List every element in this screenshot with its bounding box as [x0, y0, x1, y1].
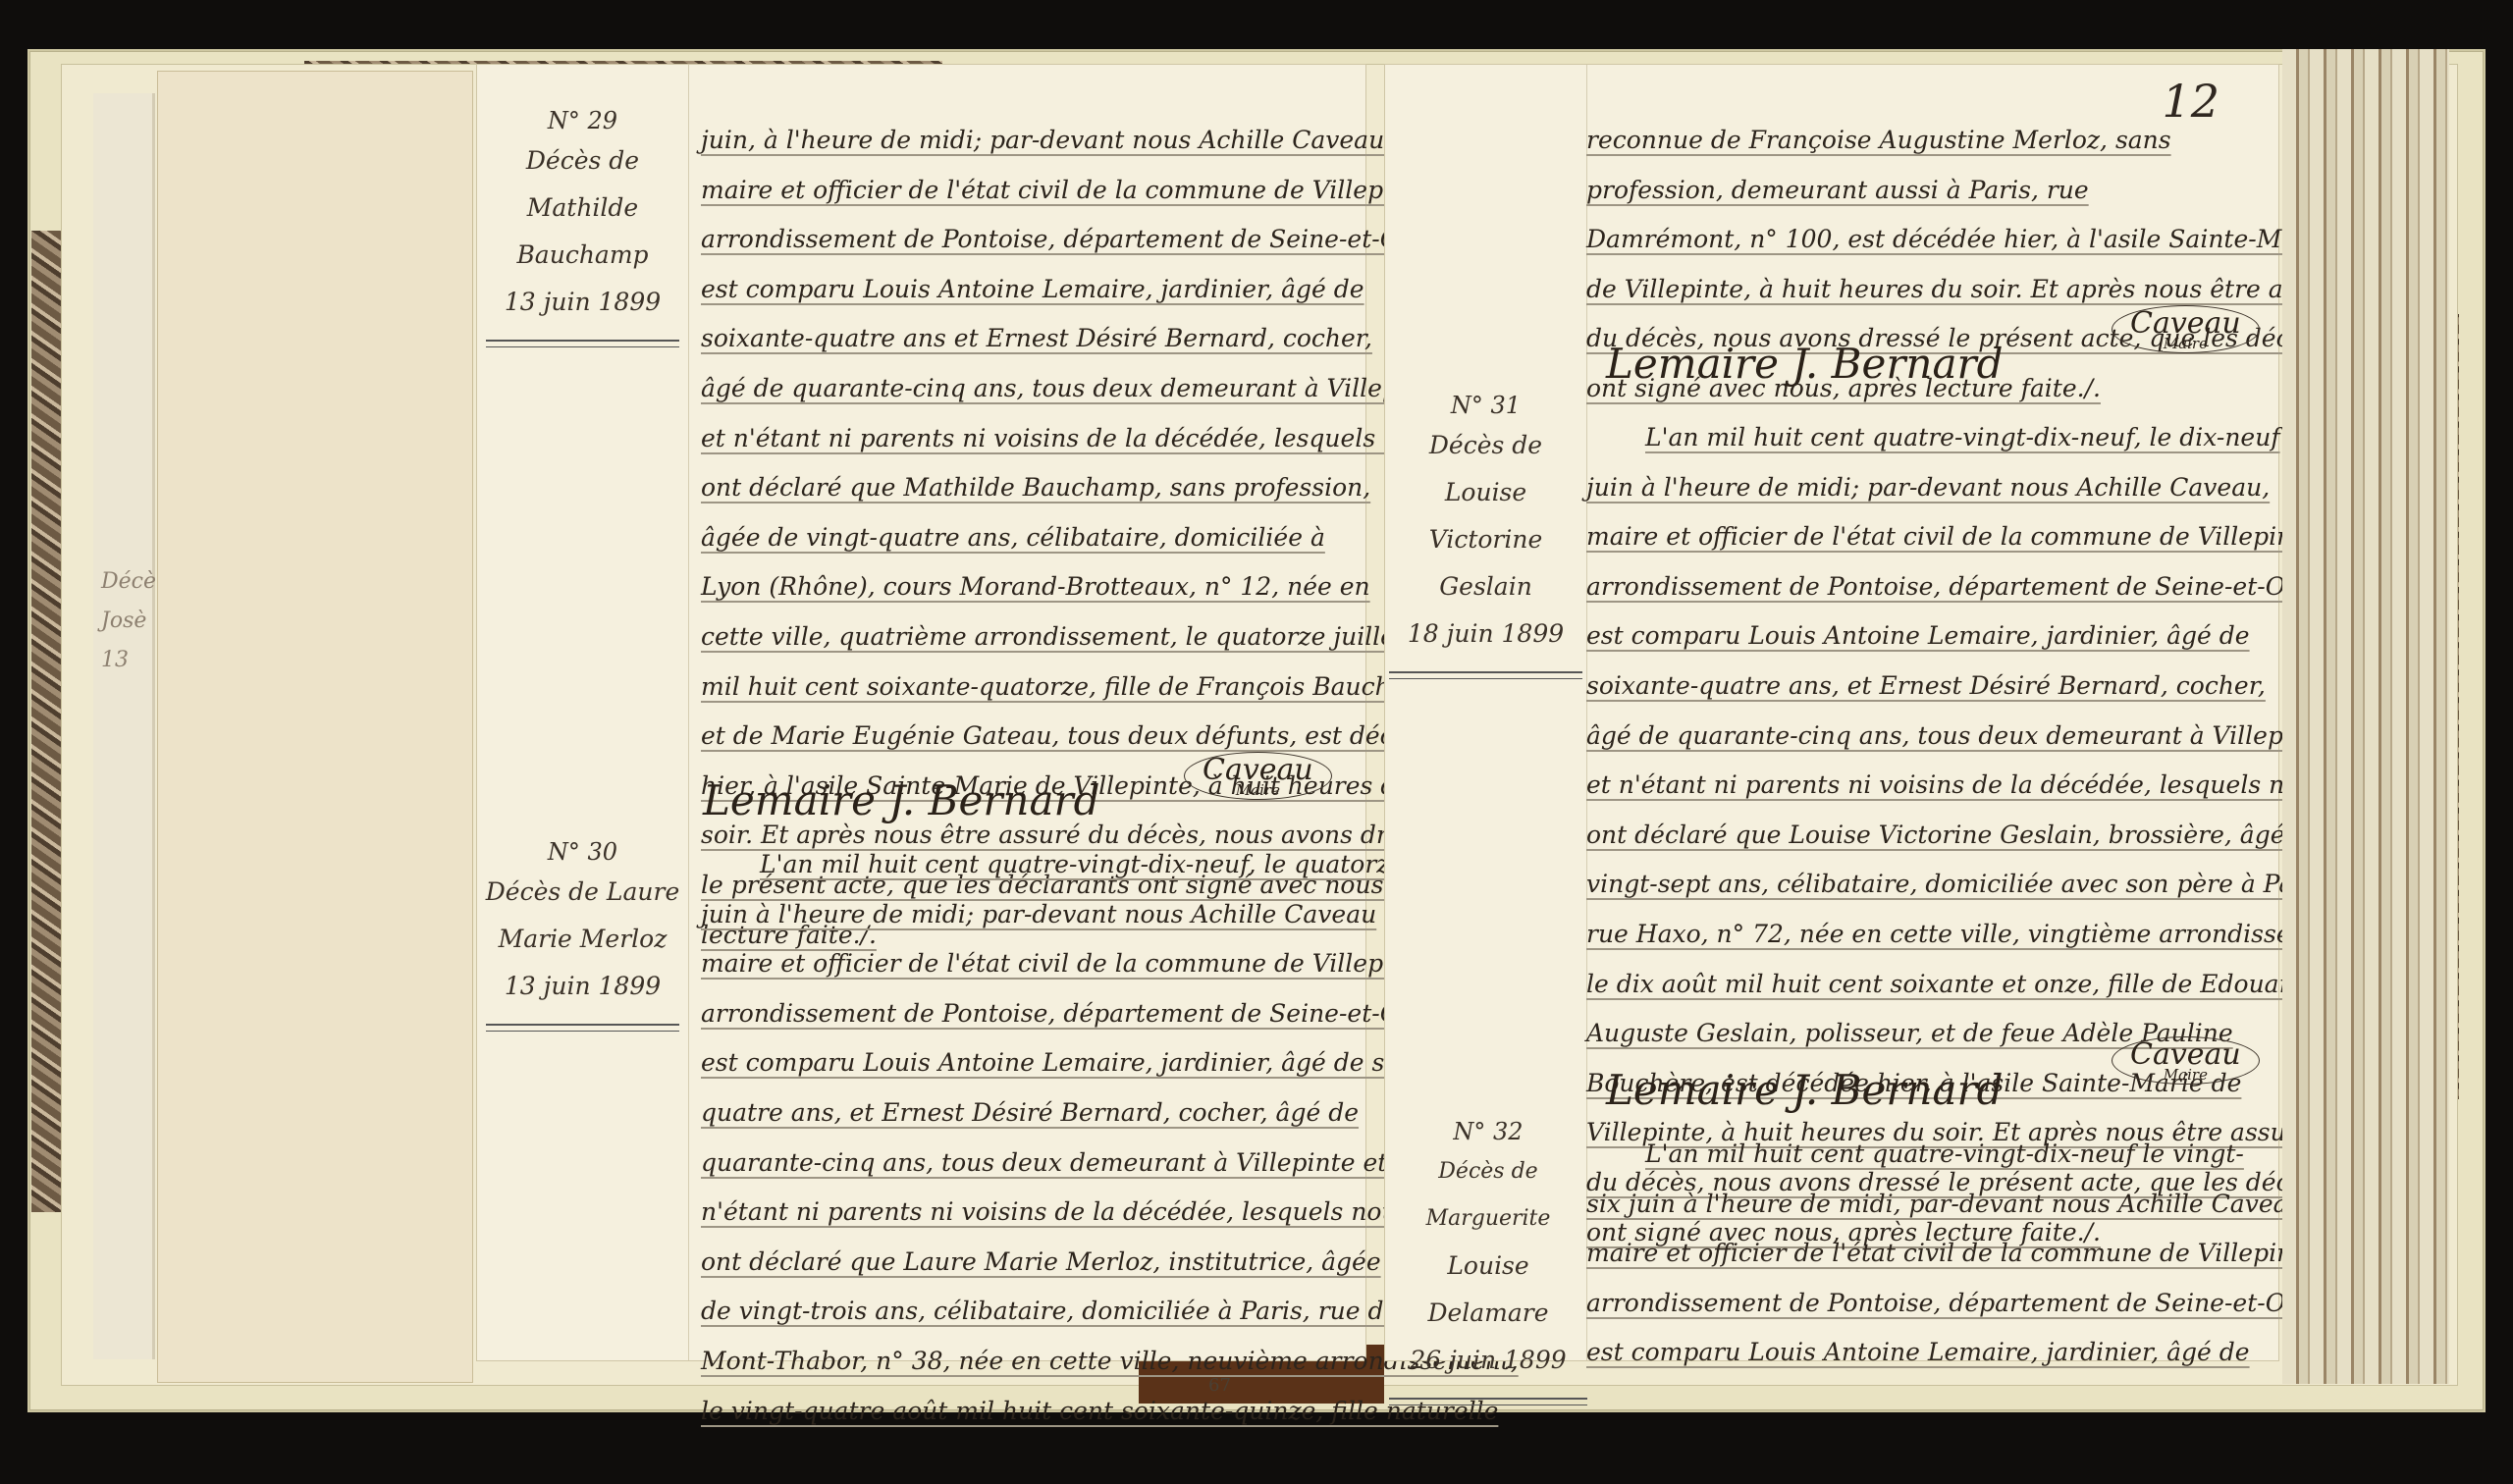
witness-signatures: Lemaire J. Bernard	[703, 776, 1099, 824]
register-page-left: N° 29 Décès de Mathilde Bauchamp 13 juin…	[476, 64, 1366, 1361]
page-fore-edge	[2282, 49, 2449, 1384]
entry-title: Décès de Mathilde	[482, 137, 683, 232]
page-stack-left	[93, 93, 155, 1359]
flyleaf-stub-text: Décè Josè 13	[101, 562, 150, 680]
entry-date: 18 juin 1899	[1385, 610, 1586, 658]
entry-date: 13 juin 1899	[482, 963, 683, 1010]
entry-date: 13 juin 1899	[482, 279, 683, 326]
entry-title: Décès de Laure	[482, 869, 683, 916]
entry-number: N° 30	[482, 835, 683, 869]
entry-title: Décès de Louise	[1385, 422, 1586, 516]
mayor-signature: Caveau Maire	[2112, 1036, 2260, 1085]
entry-separator	[1389, 1398, 1587, 1405]
entry-header-30: N° 30 Décès de Laure Marie Merloz 13 jui…	[482, 835, 683, 1032]
entry-header-31: N° 31 Décès de Louise Victorine Geslain …	[1385, 389, 1586, 679]
entry-body-29: juin, à l'heure de midi; par-devant nous…	[701, 116, 1469, 960]
entry-header-29: N° 29 Décès de Mathilde Bauchamp 13 juin…	[482, 104, 683, 347]
entry-separator	[486, 1024, 679, 1032]
entry-body-32: L'an mil huit cent quatre-vingt-dix-neuf…	[1586, 1130, 2328, 1378]
entry-number: N° 31	[1385, 389, 1586, 422]
entry-number: N° 32	[1385, 1115, 1591, 1148]
witness-signatures: Lemaire J. Bernard	[1606, 340, 2003, 388]
mayor-signature: Caveau Maire	[2112, 305, 2260, 353]
entry-title: Décès de Marguerite	[1385, 1148, 1591, 1243]
register-page-right: 12 reconnue de Françoise Augustine Merlo…	[1384, 64, 2279, 1361]
entry-number: N° 29	[482, 104, 683, 137]
flyleaf-blank-page: Décè Josè 13	[157, 71, 473, 1383]
entry-title: Louise Delamare	[1385, 1243, 1591, 1337]
entry-title: Marie Merloz	[482, 916, 683, 963]
entry-header-32: N° 32 Décès de Marguerite Louise Delamar…	[1385, 1115, 1591, 1405]
entry-separator	[1389, 671, 1582, 679]
witness-signatures: Lemaire J. Bernard	[1606, 1066, 2003, 1114]
mayor-signature: Caveau Maire	[1184, 752, 1332, 800]
entry-date: 26 juin 1899	[1385, 1337, 1591, 1384]
entry-separator	[486, 340, 679, 347]
entry-title: Victorine Geslain	[1385, 516, 1586, 610]
margin-note: 67	[1208, 1375, 1231, 1396]
entry-title: Bauchamp	[482, 232, 683, 279]
